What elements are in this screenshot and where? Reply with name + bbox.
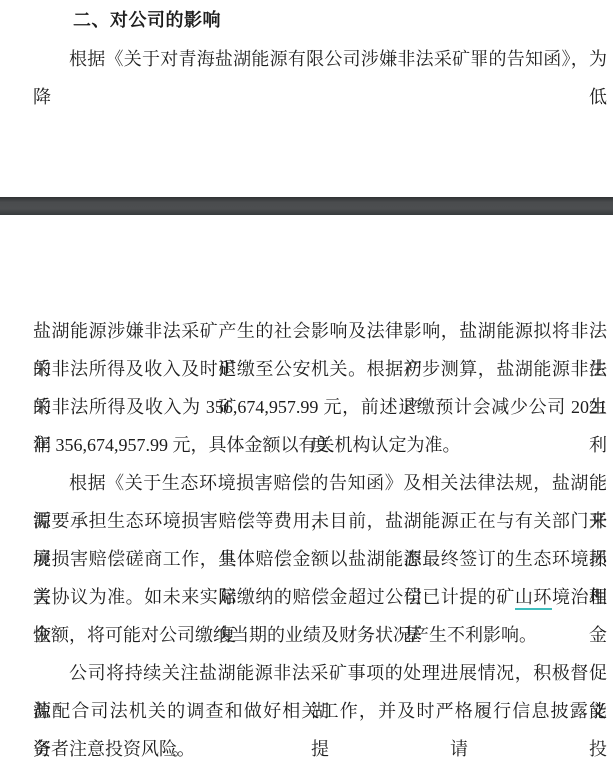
body-text-line: 需要承担生态环境损害赔偿等费用，目前，盐湖能源正在与有关部门开展生态环 (33, 502, 607, 540)
body-text-line: 源配合司法机关的调查和做好相关工作，并及时严格履行信息披露义务。提请投 (33, 692, 607, 730)
body-text-line: 的非法所得及收入及时退缴至公安机关。根据初步测算，盐湖能源非法采矿产生 (33, 350, 607, 388)
section-heading: 二、对公司的影响 (73, 5, 221, 35)
body-text-line: 根据《关于生态环境损害赔偿的告知函》及相关法律法规，盐湖能源未来 (33, 464, 607, 502)
body-text-line: 关协议为准。如未来实际缴纳的赔偿金超过公司已计提的矿山环境治理恢复基金 (33, 578, 607, 616)
page-separator (0, 197, 613, 215)
body-text-line: 境损害赔偿磋商工作，具体赔偿金额以盐湖能源最终签订的生态环境损害赔偿相 (33, 540, 607, 578)
document-viewer: 二、对公司的影响 根据《关于对青海盐湖能源有限公司涉嫌非法采矿罪的告知函》，为降… (0, 0, 613, 779)
body-text-line: 的非法所得及收入为 356,674,957.99 元，前述退缴预计会减少公司 2… (33, 388, 607, 426)
body-text-line: 金额，将可能对公司缴纳当期的业绩及财务状况产生不利影响。 (33, 616, 607, 654)
body-text-segment: 关协议为准。如未来实际缴纳的赔偿金超过公司已计提的矿 (33, 587, 515, 607)
body-text-line: 公司将持续关注盐湖能源非法采矿事项的处理进展情况，积极督促盐湖能 (33, 654, 607, 692)
body-text-line: 根据《关于对青海盐湖能源有限公司涉嫌非法采矿罪的告知函》，为降低 (33, 40, 607, 78)
underlined-text: 山环 (515, 587, 552, 610)
body-text-line: 盐湖能源涉嫌非法采矿产生的社会影响及法律影响，盐湖能源拟将非法采矿产生 (33, 312, 607, 350)
page-fragment-bottom: 盐湖能源涉嫌非法采矿产生的社会影响及法律影响，盐湖能源拟将非法采矿产生 的非法所… (33, 312, 607, 768)
